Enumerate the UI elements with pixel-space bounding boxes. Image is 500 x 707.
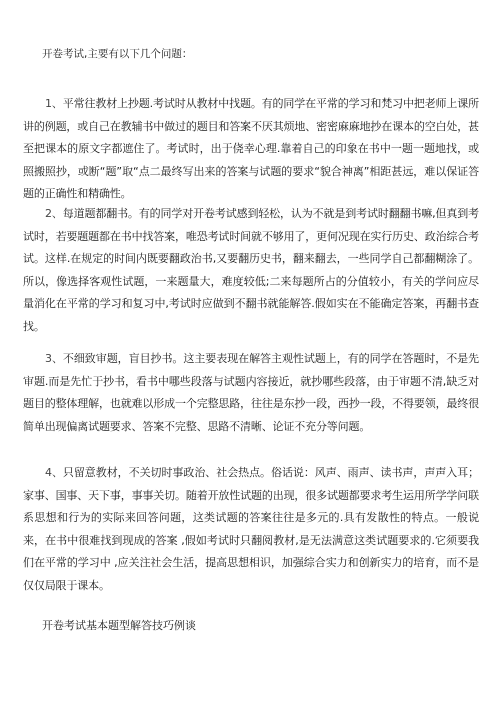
paragraph-number: 3、 [45, 352, 63, 365]
paragraph-text: 平常往教材上抄题.考试时从教材中找题。有的同学在平常的学习和梵习中把老师上课所讲… [23, 97, 479, 200]
paragraph-2: 2、每道题都翻书。有的同学对开卷考试感到轻松，认为不就是到考试时翻翻书嘛,但真到… [23, 203, 479, 338]
paragraph-text: 每道题都翻书。有的同学对开卷考试感到轻松，认为不就是到考试时翻翻书嘛,但真到考试… [23, 207, 479, 333]
paragraph-text: 不细致审题，盲目抄书。这主要表现在解答主观性试题上，有的同学在答题时，不是先审题… [23, 352, 479, 433]
paragraph-number: 1、 [45, 97, 63, 110]
paragraph-number: 4、 [45, 466, 63, 479]
paragraph-text: 只留意教材，不关切时事政治、社会热点。俗话说：风声、雨声、读书声，声声入耳；家事… [23, 466, 479, 592]
paragraph-4: 4、只留意教材，不关切时事政治、社会热点。俗话说：风声、雨声、读书声，声声入耳；… [23, 462, 479, 597]
section-subtitle: 开卷考试基本题型解答技巧例谈 [42, 619, 196, 633]
paragraph-3: 3、不细致审题，盲目抄书。这主要表现在解答主观性试题上，有的同学在答题时，不是先… [23, 348, 479, 438]
paragraph-number: 2、 [45, 207, 63, 220]
paragraph-1: 1、平常往教材上抄题.考试时从教材中找题。有的同学在平常的学习和梵习中把老师上课… [23, 93, 479, 206]
document-page: 开卷考试,主要有以下几个问题： 1、平常往教材上抄题.考试时从教材中找题。有的同… [0, 0, 500, 707]
intro-line: 开卷考试,主要有以下几个问题： [42, 47, 192, 61]
